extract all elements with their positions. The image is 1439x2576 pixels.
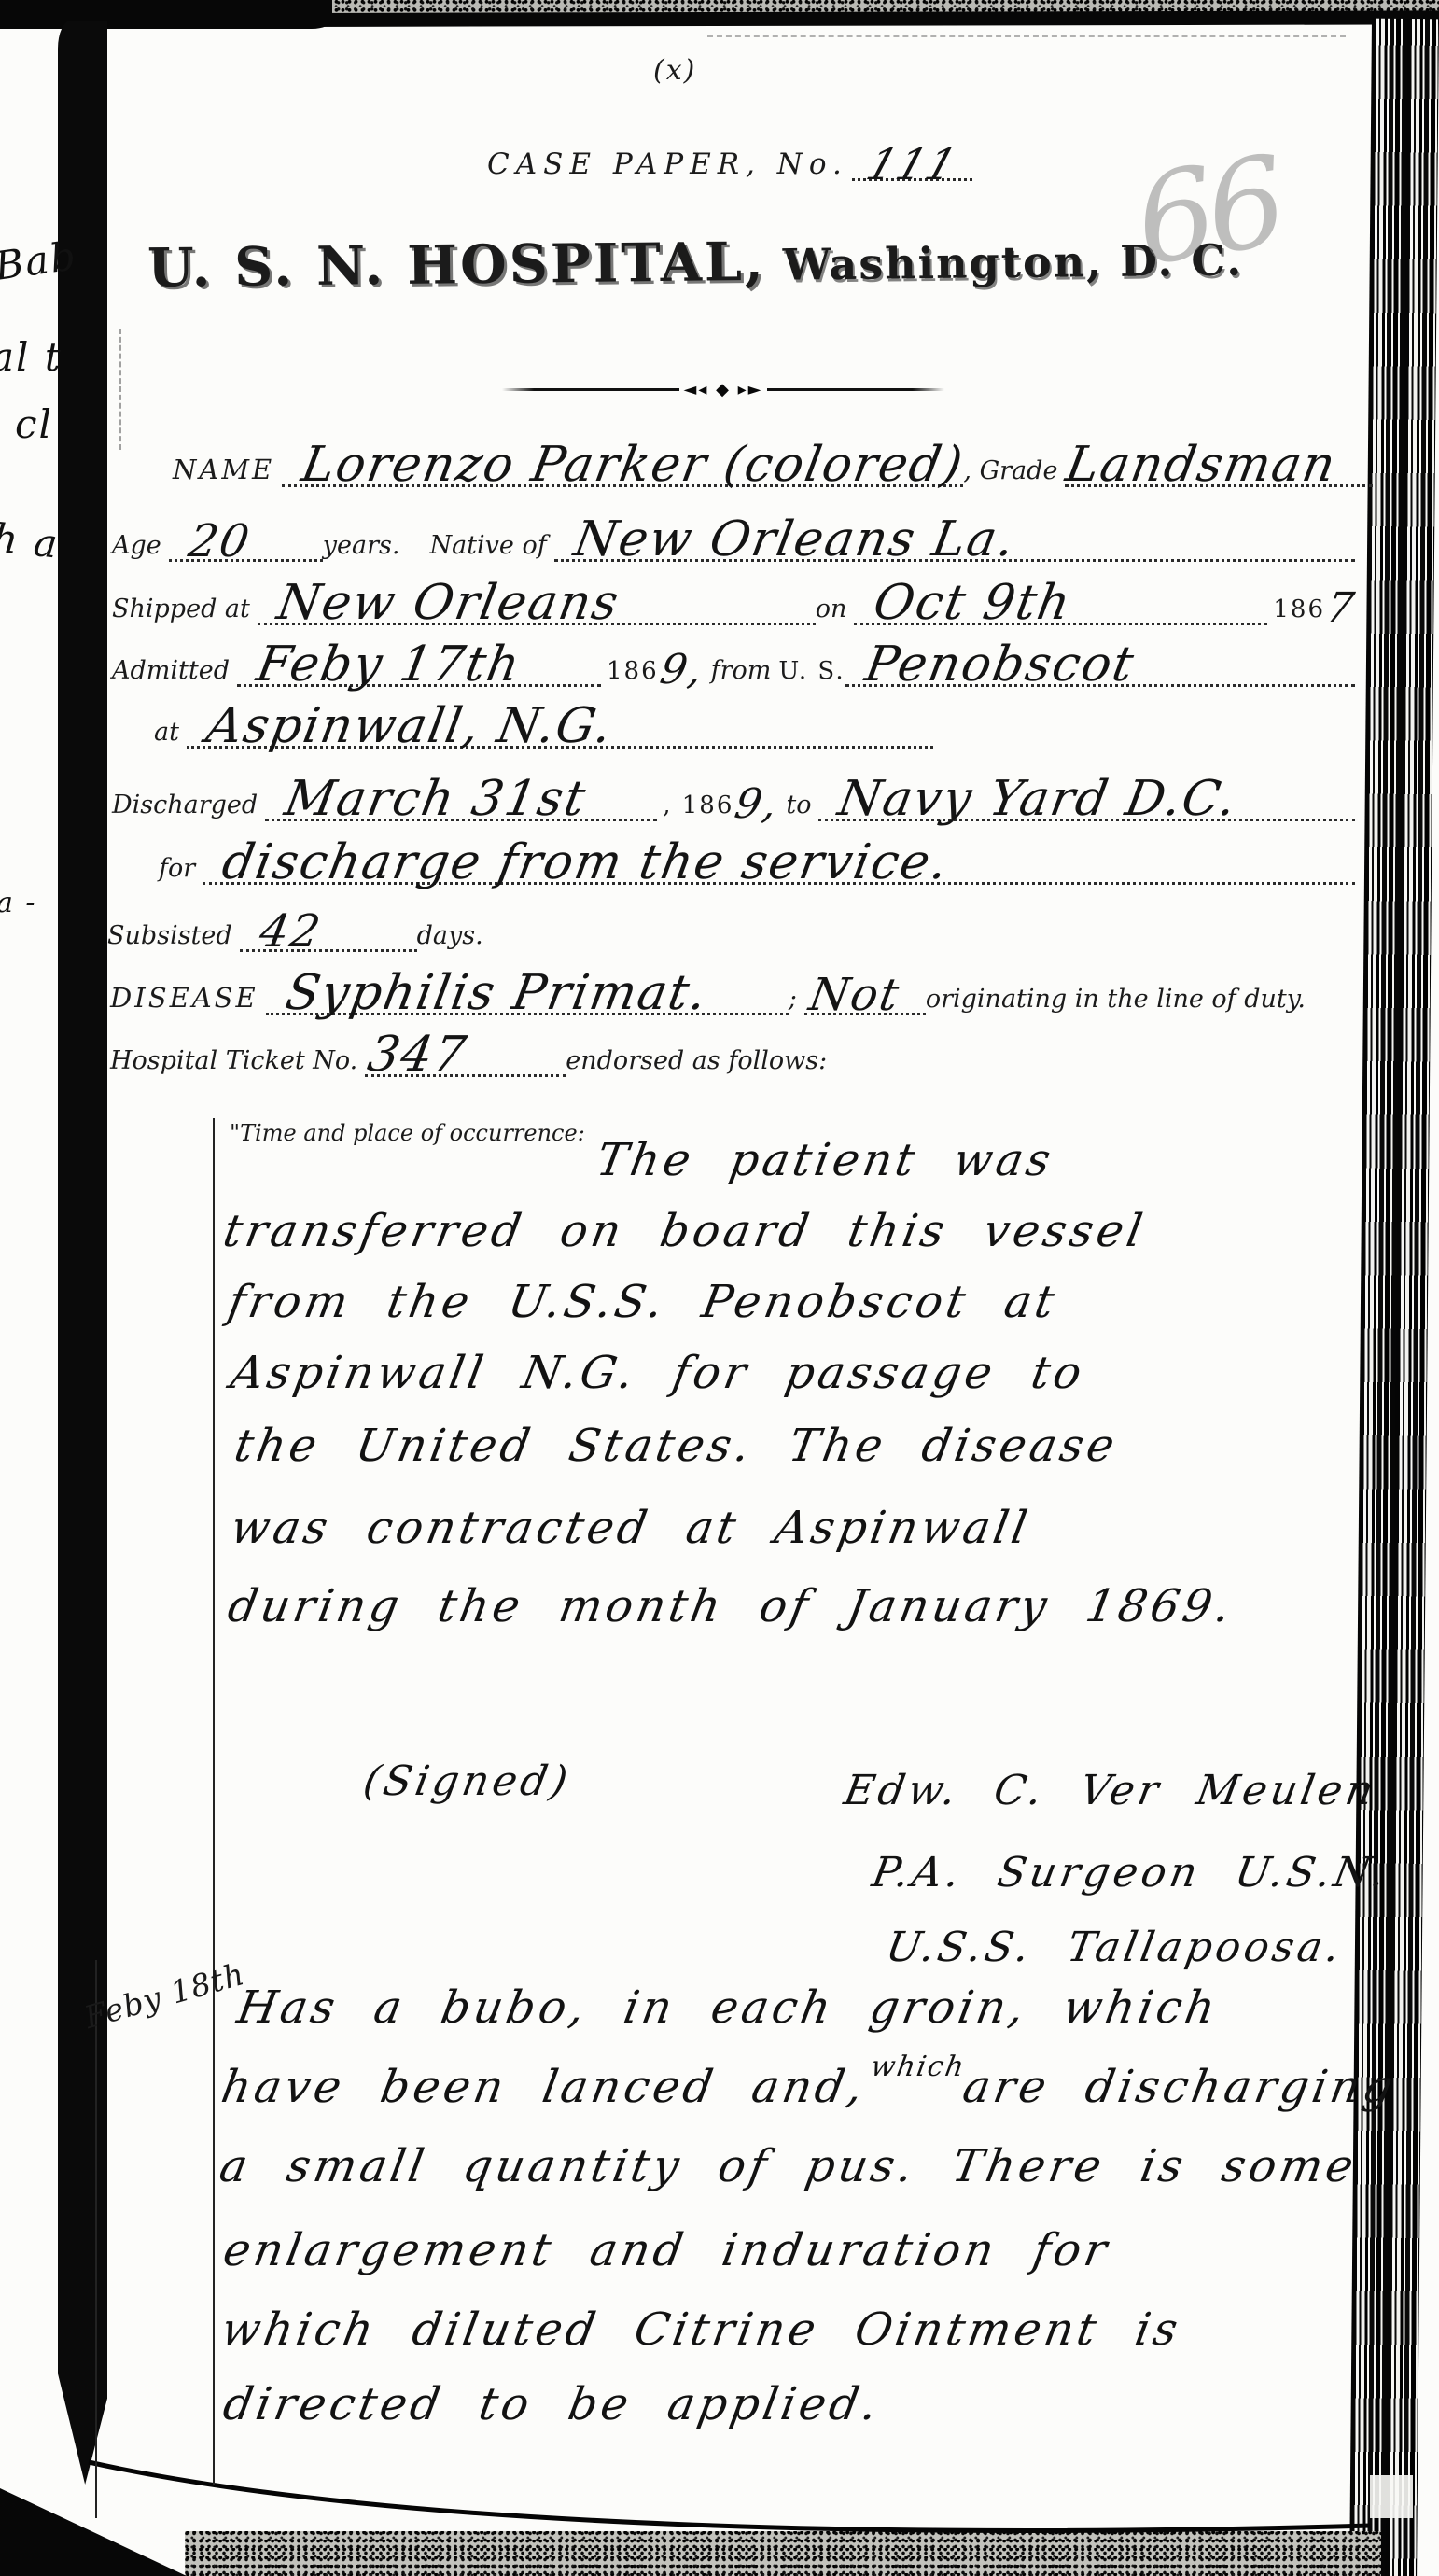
shipped-date-line: Oct 9th [854,576,1267,625]
disease-value: Syphilis Primat. [282,969,711,1017]
subsisted-value: 42 [256,909,325,954]
disease-line: Syphilis Primat. [266,966,789,1015]
for-line: discharge from the service. [203,835,1355,885]
shipped-at-label: Shipped at [112,595,258,625]
grade-line: Landsman [1065,438,1373,487]
case-number-value: 111 [861,143,963,186]
discharged-year-printed: , 186 [657,791,735,821]
for-label: for [159,854,203,885]
at-line: Aspinwall, N.G. [187,699,933,749]
discharged-dest-line: Navy Yard D.C. [818,772,1355,821]
admitted-ship-value: Penobscot [861,640,1139,689]
endorsement-line: Aspinwall N.G. for passage to [227,1348,1089,1399]
native-value: New Orleans La. [570,515,1019,564]
case-paper-line: CASE PAPER, No. 111 [487,127,972,181]
form-row-disease: DISEASE Syphilis Primat. ; Not originati… [110,969,1355,1015]
note-line: have been lanced and,whichare dischargin… [217,2062,1400,2113]
top-dashed-line [707,35,1346,37]
ornament-line-left [502,388,679,391]
top-left-shadow [0,0,332,29]
body-rule-line [213,1118,215,2485]
admitted-year-printed: 186 [601,657,661,687]
endorsed-label: endorsed as follows: [566,1046,834,1077]
margin-rule-line [95,1960,97,2518]
ornament-diamond-icon: ◄◂ ◆ ▸► [679,380,766,399]
duty-label: originating in the line of duty. [926,985,1313,1015]
note-line2-pre: have been lanced and, [217,2061,871,2113]
occurrence-heading: "Time and place of occurrence: [230,1120,585,1146]
form-row-for: for discharge from the service. [159,838,1355,885]
margin-fragment: cl [15,401,53,447]
at-line-blank [933,702,1355,749]
admitted-ship-line: Penobscot [845,637,1355,687]
margin-fragment: h a [0,514,62,567]
discharged-year-digit: 9, [732,784,782,825]
pencil-annotation: 66 [1126,130,1289,294]
form-row-discharged: Discharged March 31st , 186 9, to Navy Y… [112,775,1355,821]
discharged-date-value: March 31st [282,775,591,823]
subsisted-label: Subsisted [107,921,240,952]
from-label: from [704,656,779,687]
to-label: to [778,791,818,821]
native-line: New Orleans La. [554,512,1355,562]
note-line: enlargement and induration for [219,2225,1114,2276]
case-paper-scan: Bab al t cl h a a - (x) CASE PAPER, No. … [0,0,1439,2576]
endorsement-line: from the U.S.S. Penobscot at [224,1277,1061,1328]
signature-name: Edw. C. Ver Meulen [841,1768,1380,1815]
form-row-at: at Aspinwall, N.G. [154,702,1355,749]
name-line: Lorenzo Parker (colored) [282,438,963,487]
us-label: U. S. [778,657,845,687]
admitted-date-line: Feby 17th [237,637,601,687]
shipped-year-digit: 7 [1323,588,1359,629]
ticket-label: Hospital Ticket No. [110,1046,365,1077]
for-value: discharge from the service. [219,838,954,887]
case-paper-label: CASE PAPER, No. [487,147,852,181]
subsisted-line: 42 [240,903,417,952]
page-edge-gap [1370,2475,1413,2518]
ticket-blank [834,1030,1355,1077]
gutter-dash-marks [119,329,121,450]
divider-ornament: ◄◂ ◆ ▸► [502,377,944,401]
bottom-edge-texture [185,2531,1381,2576]
at-label: at [154,718,187,749]
signature-ship: U.S.S. Tallapoosa. [883,1925,1348,1972]
endorsement-line: transferred on board this vessel [219,1206,1150,1257]
endorsement-line: The patient was [593,1135,1058,1186]
shipped-value: New Orleans [273,579,623,627]
form-row-shipped: Shipped at New Orleans on Oct 9th 186 7 [112,579,1355,625]
signature-rank: P.A. Surgeon U.S.N. [869,1850,1392,1897]
form-row-age: Age 20 years. Native of New Orleans La. [112,515,1355,562]
case-number-line: 111 [852,124,972,181]
ornament-line-right [767,388,944,391]
signed-label: (Signed) [360,1758,575,1806]
grade-label: , Grade [963,456,1065,487]
admitted-date-value: Feby 17th [253,640,524,689]
shipped-date-value: Oct 9th [871,579,1076,627]
at-value: Aspinwall, N.G. [203,702,617,750]
admitted-year-digit: 9, [657,650,707,691]
hospital-masthead: U. S. N. HOSPITAL, Washington, D. C. [147,226,1175,300]
age-line: 20 [169,512,323,562]
disease-negation-line: Not [804,966,926,1015]
grade-value: Landsman [1063,441,1341,489]
form-row-name: NAME Lorenzo Parker (colored) , Grade La… [173,441,1355,487]
discharged-dest-value: Navy Yard D.C. [835,775,1242,823]
disease-label: DISEASE [110,982,266,1015]
endorsement-line: during the month of January 1869. [224,1581,1237,1632]
days-label: days. [417,921,491,952]
note-line: Has a bubo, in each groin, which [233,1982,1222,2034]
discharged-date-line: March 31st [265,772,657,821]
form-row-ticket: Hospital Ticket No. 347 endorsed as foll… [110,1030,1355,1077]
endorsement-line: the United States. The disease [231,1421,1122,1472]
ticket-line: 347 [365,1028,566,1077]
shipped-year-printed: 186 [1267,595,1327,625]
name-label: NAME [173,454,282,487]
margin-fragment: a - [0,887,37,919]
note-line: a small quantity of pus. There is some [216,2141,1361,2192]
form-row-subsisted: Subsisted 42 days. [107,905,1355,952]
shipped-line: New Orleans [258,576,816,625]
page-mark: (x) [653,54,696,87]
endorsement-line: was contracted at Aspinwall [227,1503,1034,1554]
page-edge-stripes [1349,19,1439,2576]
hospital-title: U. S. N. HOSPITAL, [147,231,766,300]
note-line: which diluted Citrine Ointment is [217,2304,1185,2356]
name-value: Lorenzo Parker (colored) [299,441,968,489]
native-of-label: Native of [407,531,553,562]
age-value: 20 [186,519,255,564]
subsisted-blank [491,905,1355,952]
note-inserted-word: which [868,2051,968,2084]
note-line: directed to be applied. [219,2379,885,2430]
on-label: on [816,595,855,625]
disease-negation: Not [806,973,904,1017]
ticket-value: 347 [365,1030,471,1079]
admitted-label: Admitted [112,656,237,687]
margin-fragment: al t [0,334,63,380]
book-gutter-shadow [58,21,107,2485]
note-line2-post: are discharging [959,2061,1401,2113]
years-label: years. [323,531,408,562]
discharged-label: Discharged [112,791,265,821]
disease-separator: ; [789,985,804,1015]
age-label: Age [112,531,169,562]
form-row-admitted: Admitted Feby 17th 186 9, from U. S. Pen… [112,640,1355,687]
